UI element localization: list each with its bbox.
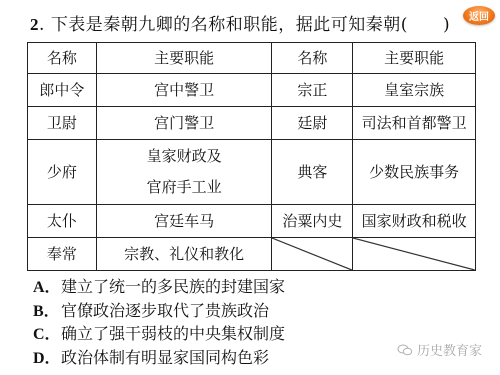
option-text: 确立了强干弱枝的中央集权制度 bbox=[61, 324, 285, 343]
back-button[interactable]: 返回 bbox=[463, 6, 495, 25]
option-letter: A． bbox=[33, 277, 61, 300]
table-row: 卫尉 宫门警卫 廷尉 司法和首都警卫 bbox=[28, 107, 476, 140]
question-text: 下表是秦朝九卿的名称和职能，据此可知秦朝( ) bbox=[51, 15, 450, 35]
option-a[interactable]: A．建立了统一的多民族的封建国家 bbox=[33, 276, 285, 300]
option-letter: D． bbox=[33, 348, 61, 371]
table-row: 郎中令 宫中警卫 宗正 皇室宗族 bbox=[28, 74, 476, 107]
watermark-text: 历史教育家 bbox=[417, 340, 482, 359]
question-separator: . bbox=[39, 15, 45, 35]
cell-name: 宗正 bbox=[272, 74, 353, 107]
diagonal-line bbox=[272, 238, 352, 270]
table-header-row: 名称 主要职能 名称 主要职能 bbox=[28, 43, 476, 74]
cell-name: 郎中令 bbox=[28, 74, 97, 107]
wechat-icon bbox=[397, 344, 413, 356]
cell-duty: 宫廷车马 bbox=[96, 205, 272, 238]
back-button-label: 返回 bbox=[469, 8, 489, 23]
question-title: 2. 下表是秦朝九卿的名称和职能，据此可知秦朝( ) bbox=[30, 10, 450, 35]
table-row: 太仆 宫廷车马 治粟内史 国家财政和税收 bbox=[28, 205, 476, 238]
empty-diagonal-cell bbox=[353, 238, 476, 271]
nine-ministers-table: 名称 主要职能 名称 主要职能 郎中令 宫中警卫 宗正 皇室宗族 卫尉 宫门警卫… bbox=[27, 42, 476, 271]
cell-duty: 少数民族事务 bbox=[353, 140, 476, 205]
header-duty-1: 主要职能 bbox=[96, 43, 272, 74]
header-name-2: 名称 bbox=[272, 43, 353, 74]
cell-duty: 宗教、礼仪和教化 bbox=[96, 238, 272, 271]
option-b[interactable]: B．官僚政治逐步取代了贵族政治 bbox=[33, 300, 285, 324]
cell-duty: 宫中警卫 bbox=[96, 74, 272, 107]
cell-name: 太仆 bbox=[28, 205, 97, 238]
watermark: 历史教育家 bbox=[397, 340, 482, 359]
option-letter: B． bbox=[33, 301, 61, 324]
cell-duty-line: 皇家财政及 bbox=[97, 141, 272, 172]
option-text: 政治体制有明显家国同构色彩 bbox=[61, 348, 269, 367]
option-c[interactable]: C．确立了强干弱枝的中央集权制度 bbox=[33, 323, 285, 347]
cell-duty: 皇家财政及 官府手工业 bbox=[96, 140, 272, 205]
cell-duty: 司法和首都警卫 bbox=[353, 107, 476, 140]
table-row: 少府 皇家财政及 官府手工业 典客 少数民族事务 bbox=[28, 140, 476, 205]
cell-name: 少府 bbox=[28, 140, 97, 205]
cell-name: 奉常 bbox=[28, 238, 97, 271]
cell-duty: 国家财政和税收 bbox=[353, 205, 476, 238]
cell-name: 典客 bbox=[272, 140, 353, 205]
option-d[interactable]: D．政治体制有明显家国同构色彩 bbox=[33, 347, 285, 371]
option-letter: C． bbox=[33, 324, 61, 347]
question-number: 2 bbox=[30, 15, 39, 34]
cell-name: 卫尉 bbox=[28, 107, 97, 140]
cell-name: 治粟内史 bbox=[272, 205, 353, 238]
header-name-1: 名称 bbox=[28, 43, 97, 74]
cell-duty-line: 官府手工业 bbox=[97, 172, 272, 203]
cell-duty: 皇室宗族 bbox=[353, 74, 476, 107]
option-text: 官僚政治逐步取代了贵族政治 bbox=[61, 301, 269, 320]
table-row: 奉常 宗教、礼仪和教化 bbox=[28, 238, 476, 271]
cell-name: 廷尉 bbox=[272, 107, 353, 140]
cell-duty: 宫门警卫 bbox=[96, 107, 272, 140]
answer-options: A．建立了统一的多民族的封建国家 B．官僚政治逐步取代了贵族政治 C．确立了强干… bbox=[33, 276, 285, 370]
diagonal-line bbox=[353, 238, 475, 270]
empty-diagonal-cell bbox=[272, 238, 353, 271]
header-duty-2: 主要职能 bbox=[353, 43, 476, 74]
option-text: 建立了统一的多民族的封建国家 bbox=[61, 277, 285, 296]
